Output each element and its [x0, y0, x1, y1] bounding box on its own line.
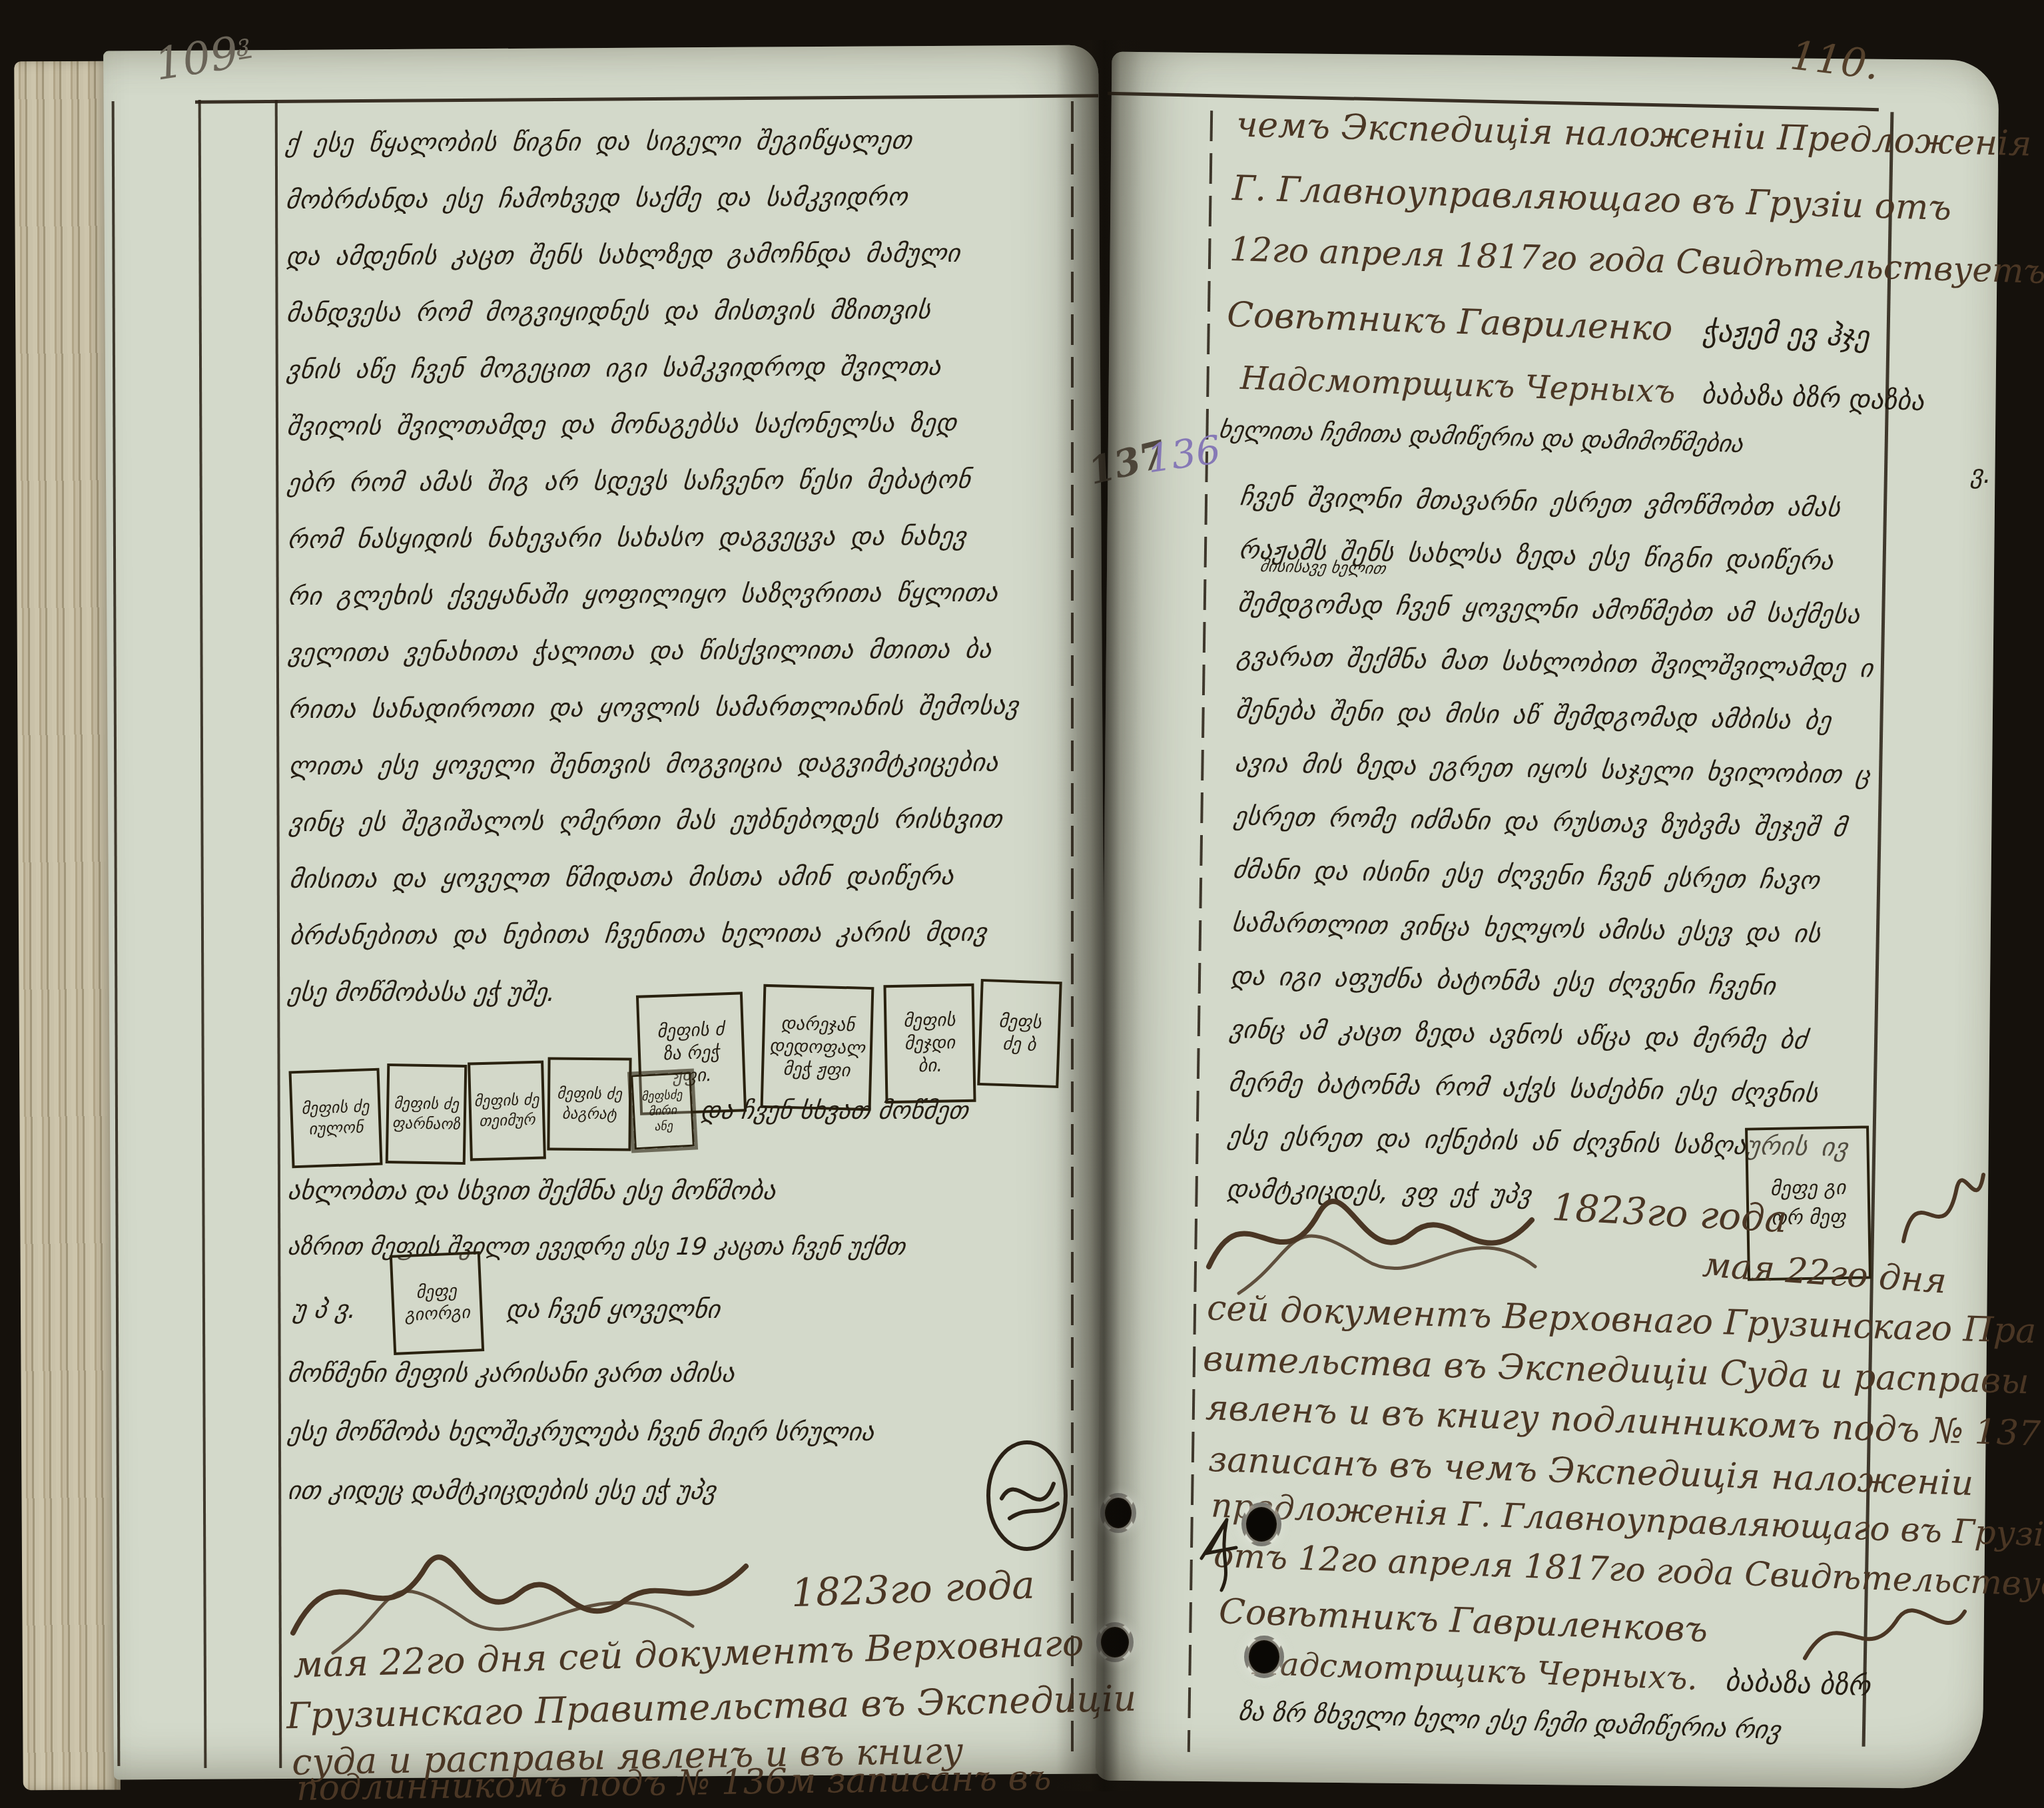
georgian-signature-tail: ბაბაზა ბზრ: [1724, 1665, 1871, 1703]
manuscript-line: ბრძანებითა და ნებითა ჩვენითა ხელითა კარი…: [287, 904, 1082, 964]
manuscript-line: უ პ ვ.: [292, 1295, 358, 1324]
right-page-georgian-body: ჩვენ შვილნი მთავარნი ესრეთ ვმოწმობთ ამას…: [1226, 469, 1986, 1229]
georgian-signature-tail: ჭაჟემ ევ ჰჯე: [1702, 314, 1870, 354]
interline-insertion: მისისავე ხელით: [1259, 557, 1387, 578]
manuscript-line: რითა სანადიროთი და ყოვლის სამართლიანის შ…: [286, 677, 1080, 738]
manuscript-line: მანდვესა რომ მოგვიყიდნეს და მისთვის მზით…: [284, 281, 1078, 342]
seal-stamp: მეფე გიორგი: [390, 1251, 484, 1355]
binding-hole: [1244, 1636, 1284, 1678]
manuscript-line: მობრძანდა ესე ჩამოხვედ საქმე და სამკვიდრ…: [283, 168, 1078, 228]
seal-stamp: მეფის ძე ბაგრატ: [547, 1057, 631, 1151]
manuscript-line: ახლობთა და სხვით შექმნა ესე მოწმობა: [286, 1176, 778, 1205]
georgian-signature-tail: ბაბაზა ბზრ დაზბა: [1701, 380, 1925, 417]
manuscript-line: შვილის შვილთამდე და მონაგებსა საქონელსა …: [284, 394, 1079, 455]
manuscript-line: ვინც ეს შეგიშალოს ღმერთი მას ეუბნებოდეს …: [286, 790, 1081, 851]
manuscript-line: რომ ნასყიდის ნახევარი სახასო დაგვეცვა და…: [285, 507, 1080, 568]
margin-letter: ვ.: [1970, 459, 1991, 489]
manuscript-line: 1823го года: [791, 1562, 1036, 1616]
manuscript-line: რი გლეხის ქვეყანაში ყოფილიყო საზღვრითა წ…: [285, 564, 1080, 625]
left-page-georgian-body: ქ ესე წყალობის წიგნი და სიგელი შეგიწყალე…: [286, 111, 1080, 964]
manuscript-line: და ჩვენ სხვათ მოწმეთ: [699, 1096, 970, 1125]
manuscript-line: და ჩვენ ყოველნი: [505, 1295, 722, 1324]
manuscript-photo: 109ვ 110. 137 136 ქ ესე წყალობის წიგნი დ…: [0, 0, 2044, 1808]
pen-squiggle: [1192, 1512, 1252, 1598]
seal-stamp: მეფის ძე იულონ: [288, 1068, 382, 1169]
manuscript-line: ქ ესე წყალობის წიგნი და სიგელი შეგიწყალე…: [283, 111, 1078, 172]
signature-flourish: [1890, 1148, 1990, 1268]
manuscript-line: აზრით მეფის შვილთ ევედრე ესე 19 კაცთა ჩვ…: [286, 1233, 907, 1261]
gutter-shadow: [1056, 40, 1142, 1791]
seal-stamp: მეფს ძე ბ: [977, 979, 1062, 1088]
manuscript-line: ველითა ვენახითა ჭალითა და წისქვილითა მთი…: [286, 621, 1080, 681]
manuscript-line: ვნის აწე ჩვენ მოგეცით იგი სამკვიდროდ შვი…: [284, 338, 1078, 398]
manuscript-line: ებრ რომ ამას შიგ არ სდევს საჩვენო წესი მ…: [284, 451, 1079, 511]
seal-stamp: მეფის ძე თეიმურ: [468, 1061, 546, 1161]
seal-stamp: მეფსძე მირი ანე: [631, 1072, 695, 1150]
manuscript-line: და ამდენის კაცთ შენს სახლზედ გამოჩნდა მა…: [284, 224, 1078, 285]
seal-stamp: მეფის ძე ფარნაოზ: [386, 1063, 468, 1165]
manuscript-line: ესე მოწმობა ხელშეკრულება ჩვენ მიერ სრული…: [286, 1417, 876, 1446]
manuscript-line: მისითა და ყოველთ წმიდათა მისთა ამინ დაიწ…: [286, 847, 1081, 908]
manuscript-line: ლითა ესე ყოველი შენთვის მოგვიცია დაგვიმტ…: [286, 734, 1081, 794]
manuscript-line: ით კიდეც დამტკიცდების ესე ეჭ უპვ: [286, 1476, 718, 1505]
manuscript-line: მოწმენი მეფის კარისანი ვართ ამისა: [286, 1358, 737, 1388]
seal-stamp: მეფის მეჯდი ბი.: [883, 984, 976, 1103]
manuscript-line: ესე მოწმობასა ეჭ უშე.: [286, 978, 557, 1007]
seal-stamp: დარეჯან დედოფალ მეჭ ჟფი: [761, 984, 874, 1111]
